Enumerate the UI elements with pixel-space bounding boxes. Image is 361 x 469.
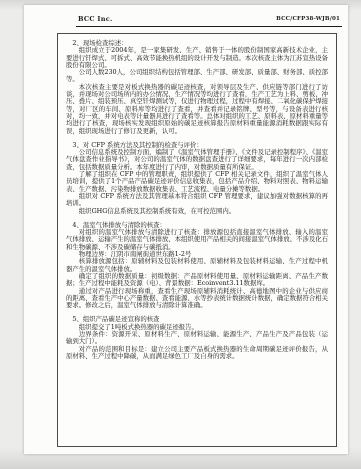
paragraph: 对组织的温室气体排放与清除进行了核查：排放源包括直接温室气体排放、输入的温室气体… [66, 229, 328, 251]
paragraph: 核算排放源包括：原辅材料及包装材料使用、原辅材料及包装材料运输、生产过程中机器产… [66, 258, 328, 273]
paragraph: 组织对 CFP 系统方法及其管理基本符合组织 CFP 管理要求，建议加强对数据核… [66, 193, 328, 208]
paragraph: 通过对产品进行现场称重，查看生产现场原辅料消耗统计、高德地图中的企业与供应商的距… [66, 288, 328, 310]
paragraph: 边界条件：资源开采、原材料生产、原材料运输、能源生产、产品生产及产品包装（运输到… [66, 331, 328, 346]
header-doc-number: BCC/CFP38-WJB/01 [276, 16, 340, 22]
header-rule [76, 26, 342, 27]
header-company-name: BCC Inc. [78, 15, 113, 23]
paragraph: 本次核查主要是对板式换热器的碳足迹核查，对领导层及生产、供应链等部门进行了访谈，… [66, 84, 328, 135]
paragraph: 公司人数230人，公司组织结构包括管理部、生产部、研发部、质量部、财务部、质控部… [66, 69, 328, 84]
paragraph: 组织成立于2004年，是一家集研发、生产、销售于一体的股份制国家高新技术企业，主… [66, 47, 328, 69]
section: 3、对 CFP 系统方法及其控制的检查与评价：公司信息系统及控制方面，编制了《温… [66, 142, 328, 215]
section: 5、组织产品碳足迹宣称的核查组织提交了1吨板式换热器的碳足迹报告。边界条件：资源… [66, 316, 328, 360]
document-page: BCC Inc. BCC/CFP38-WJB/01 2、现场检查综述：组织成立于… [24, 5, 348, 454]
section: 4、温室气体排放与清除的核查：对组织的温室气体排放与清除进行了核查：排放源包括直… [66, 222, 328, 310]
scanned-document-frame: BCC Inc. BCC/CFP38-WJB/01 2、现场检查综述：组织成立于… [0, 0, 361, 469]
paragraph: 对产品的范围和目标是：建立公司主要产品板式换热器的生命周期碳足迹评价报告，从原材… [66, 346, 328, 361]
paragraph: 了解了组织在 CFP 中的管理职责，组织提供了 CFP 相关记录文件，组织了温室… [66, 171, 328, 193]
paragraph: 确定了组织的数据质量：初级数据：产品原材料使用量、原材料运输距离、产品生产数据；… [66, 273, 328, 288]
paragraph: 组织GHG信息系统及其控制系统有效，在可控范围内。 [66, 208, 328, 215]
content-box: 2、现场检查综述：组织成立于2004年，是一家集研发、生产、销售于一体的股份制国… [57, 33, 337, 447]
paragraph: 公司信息系统及控制方面，编制了《温室气体管理手册》、《文件及记录控制程序》、《温… [66, 149, 328, 171]
section: 2、现场检查综述：组织成立于2004年，是一家集研发、生产、销售于一体的股份制国… [66, 40, 328, 135]
